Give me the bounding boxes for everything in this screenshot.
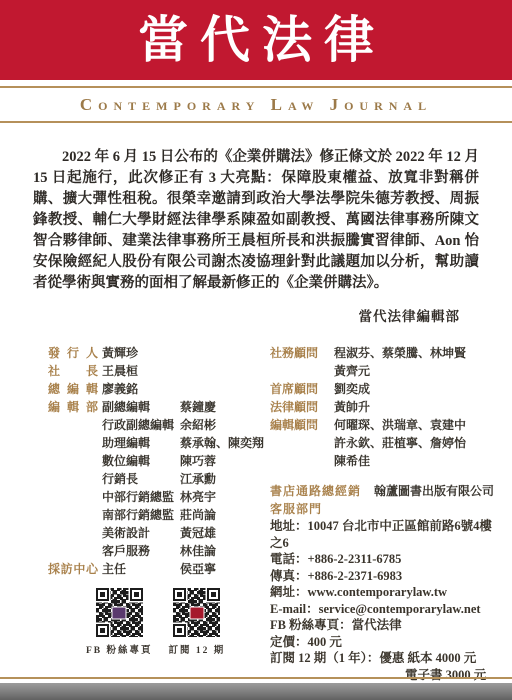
role-or-name: 美術設計 <box>102 524 180 542</box>
role-or-name: 南部行銷總監 <box>102 506 180 524</box>
person-name: 劉奕成 <box>334 380 496 398</box>
masthead-row: 總編輯 廖義銘 <box>48 380 270 398</box>
person-name: 黃冠雄 <box>180 524 270 542</box>
person-name: 蔡承翰、陳奕翔 <box>180 434 270 452</box>
role-label: 發行人 <box>48 344 98 362</box>
role-label <box>270 362 334 380</box>
qr-facebook-item: FB 粉絲專頁 <box>86 588 153 656</box>
masthead-row: 數位編輯 陳巧蓉 <box>48 452 270 470</box>
role-label: 社務顧問 <box>270 344 334 362</box>
masthead-row: 法律顧問 黃帥升 <box>270 398 496 416</box>
role-or-name: 中部行銷總監 <box>102 488 180 506</box>
role-label <box>48 434 98 452</box>
masthead-row: 採訪中心 主任 侯亞寧 <box>48 560 270 578</box>
role-label <box>48 488 98 506</box>
qr-finder-icon <box>207 588 220 601</box>
bottom-gold-rule <box>0 677 512 679</box>
qr-subscribe-label: 訂閱 12 期 <box>169 642 226 656</box>
masthead-row: 社長 王晨桓 <box>48 362 270 380</box>
role-label <box>48 416 98 434</box>
person-name: 何曜琛、洪瑞章、袁建中 <box>334 416 496 434</box>
qr-center-logo-icon <box>189 606 204 619</box>
distribution-block: 書店通路總經銷 翰蘆圖書出版有限公司 客服部門 地址：10047 台北市中正區館… <box>270 482 496 683</box>
journal-title: 當代法律 <box>126 15 386 65</box>
qr-center-logo-icon <box>112 606 127 619</box>
contact-phone: 電話：+886-2-2311-6785 <box>270 551 496 568</box>
contact-info-list: 地址：10047 台北市中正區館前路6號4樓之6 電話：+886-2-2311-… <box>270 518 496 683</box>
masthead-row: 中部行銷總監 林亮宇 <box>48 488 270 506</box>
price-line: 定價：400 元 <box>270 634 496 651</box>
role-label: 編輯部 <box>48 398 98 416</box>
masthead: 發行人 黃輝珍 社長 王晨桓 總編輯 廖義銘 編輯部 副總編輯 蔡鐘慶 <box>48 344 496 683</box>
role-or-name: 客戶服務 <box>102 542 180 560</box>
role-or-name: 行政副總編輯 <box>102 416 180 434</box>
role-label <box>48 452 98 470</box>
role-label: 法律顧問 <box>270 398 334 416</box>
role-or-name: 主任 <box>102 560 180 578</box>
editorial-byline: 當代法律編輯部 <box>0 305 512 325</box>
masthead-row: 行政副總編輯 余紹彬 <box>48 416 270 434</box>
contact-fb-page: FB 粉絲專頁：當代法律 <box>270 617 496 634</box>
distribution-row: 書店通路總經銷 翰蘆圖書出版有限公司 <box>270 482 496 500</box>
role-label: 首席顧問 <box>270 380 334 398</box>
role-or-name: 助理編輯 <box>102 434 180 452</box>
masthead-row: 行銷長 江承勳 <box>48 470 270 488</box>
masthead-banner: 當代法律 <box>0 0 512 80</box>
masthead-row: 編輯部 副總編輯 蔡鐘慶 <box>48 398 270 416</box>
person-name: 程淑芬、蔡榮騰、林坤賢 <box>334 344 496 362</box>
person-name: 許永欽、莊植寧、詹婷怡 <box>334 434 496 452</box>
journal-cover-page: 當代法律 Contemporary Law Journal 2022 年 6 月… <box>0 0 512 700</box>
contact-email-link[interactable]: E-mail：service@contemporarylaw.net <box>270 601 496 618</box>
journal-subtitle-band: Contemporary Law Journal <box>0 86 512 123</box>
person-name: 蔡鐘慶 <box>180 398 270 416</box>
qr-code-facebook-icon <box>96 588 143 637</box>
masthead-row: 社務顧問 程淑芬、蔡榮騰、林坤賢 <box>270 344 496 362</box>
person-name: 黃齊元 <box>334 362 496 380</box>
distribution-label: 書店通路總經銷 <box>270 482 374 500</box>
role-label: 社長 <box>48 362 98 380</box>
person-name: 黃帥升 <box>334 398 496 416</box>
qr-subscribe-item: 訂閱 12 期 <box>169 588 226 656</box>
person-name <box>180 344 270 362</box>
subscription-ebook-line: 電子書 3000 元 <box>270 667 496 684</box>
role-label <box>48 524 98 542</box>
subscription-line: 訂閱 12 期（1 年）：優惠 紙本 4000 元 <box>270 650 496 667</box>
masthead-row: 美術設計 黃冠雄 <box>48 524 270 542</box>
role-label <box>48 542 98 560</box>
role-label: 編輯顧問 <box>270 416 334 434</box>
distribution-value: 翰蘆圖書出版有限公司 <box>374 482 496 500</box>
role-label <box>270 452 334 470</box>
person-name: 林佳論 <box>180 542 270 560</box>
role-label <box>48 506 98 524</box>
qr-finder-icon <box>130 588 143 601</box>
masthead-row: 首席顧問 劉奕成 <box>270 380 496 398</box>
contact-website-link[interactable]: 網址：www.contemporarylaw.tw <box>270 584 496 601</box>
role-or-name: 行銷長 <box>102 470 180 488</box>
masthead-row: 發行人 黃輝珍 <box>48 344 270 362</box>
journal-subtitle: Contemporary Law Journal <box>0 95 512 115</box>
role-label <box>270 434 334 452</box>
qr-finder-icon <box>96 588 109 601</box>
masthead-row: 客戶服務 林佳論 <box>48 542 270 560</box>
role-label <box>48 470 98 488</box>
qr-finder-icon <box>173 624 186 637</box>
editor-note-paragraph: 2022 年 6 月 15 日公布的《企業併購法》修正條文於 2022 年 12… <box>33 147 479 294</box>
person-name <box>180 362 270 380</box>
masthead-right-column: 社務顧問 程淑芬、蔡榮騰、林坤賢 黃齊元 首席顧問 劉奕成 法律顧問 黃帥升 編… <box>270 344 496 683</box>
qr-facebook-label: FB 粉絲專頁 <box>86 642 153 656</box>
person-name: 陳希佳 <box>334 452 496 470</box>
role-label: 採訪中心 <box>48 560 98 578</box>
customer-service-label: 客服部門 <box>270 500 496 518</box>
person-name: 林亮宇 <box>180 488 270 506</box>
bottom-gray-bar <box>0 683 512 700</box>
person-name: 侯亞寧 <box>180 560 270 578</box>
role-or-name: 數位編輯 <box>102 452 180 470</box>
person-name: 江承勳 <box>180 470 270 488</box>
person-name: 莊尚論 <box>180 506 270 524</box>
qr-row: FB 粉絲專頁 訂閱 12 期 <box>86 588 225 656</box>
contact-address: 地址：10047 台北市中正區館前路6號4樓之6 <box>270 518 496 551</box>
role-or-name: 王晨桓 <box>102 362 180 380</box>
masthead-row: 黃齊元 <box>270 362 496 380</box>
contact-fax: 傳真：+886-2-2371-6983 <box>270 568 496 585</box>
role-or-name: 廖義銘 <box>102 380 180 398</box>
role-or-name: 副總編輯 <box>102 398 180 416</box>
qr-finder-icon <box>173 588 186 601</box>
role-label: 總編輯 <box>48 380 98 398</box>
masthead-row: 陳希佳 <box>270 452 496 470</box>
person-name: 陳巧蓉 <box>180 452 270 470</box>
masthead-row: 編輯顧問 何曜琛、洪瑞章、袁建中 <box>270 416 496 434</box>
masthead-row: 許永欽、莊植寧、詹婷怡 <box>270 434 496 452</box>
masthead-row: 助理編輯 蔡承翰、陳奕翔 <box>48 434 270 452</box>
masthead-row: 南部行銷總監 莊尚論 <box>48 506 270 524</box>
masthead-left-column: 發行人 黃輝珍 社長 王晨桓 總編輯 廖義銘 編輯部 副總編輯 蔡鐘慶 <box>48 344 270 683</box>
qr-finder-icon <box>96 624 109 637</box>
person-name: 余紹彬 <box>180 416 270 434</box>
qr-code-subscribe-icon <box>173 588 220 637</box>
role-or-name: 黃輝珍 <box>102 344 180 362</box>
person-name <box>180 380 270 398</box>
